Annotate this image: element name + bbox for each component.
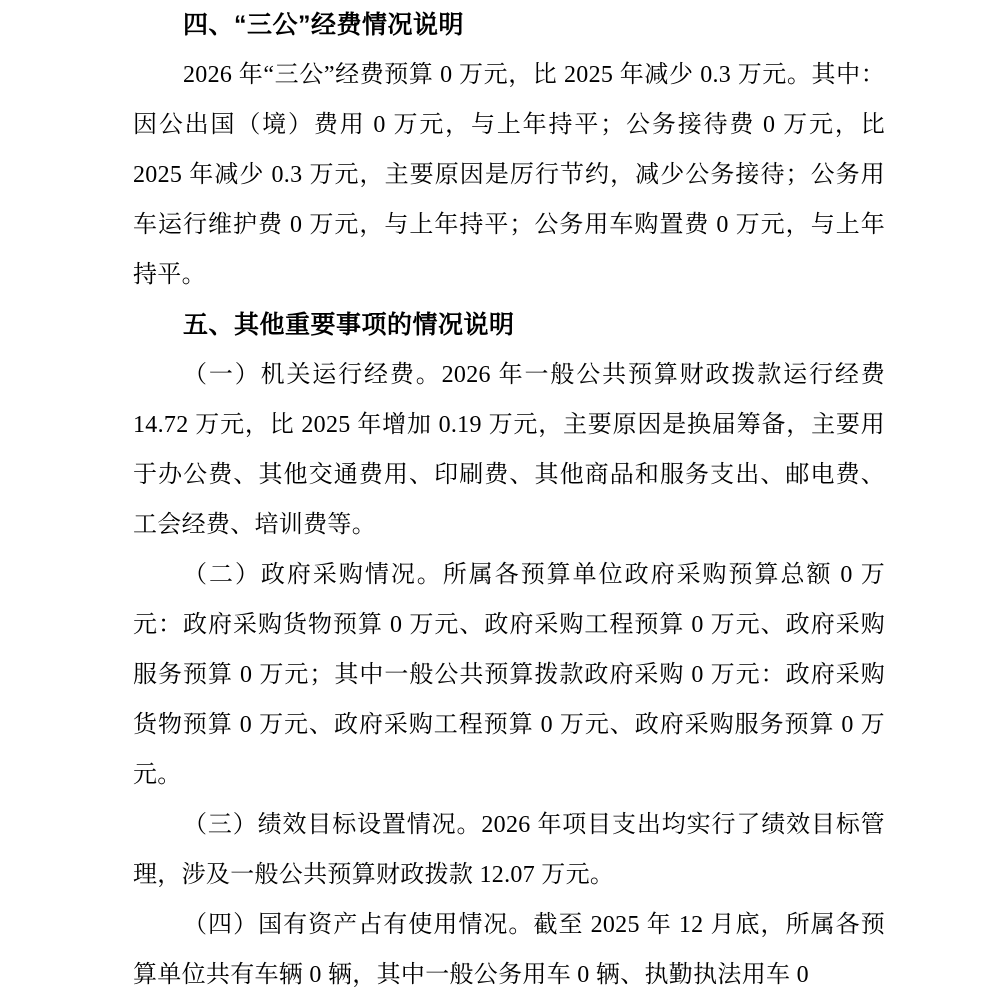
section-heading-three-public-funds: 四、“三公”经费情况说明 bbox=[133, 0, 885, 50]
paragraph-performance-targets: （三）绩效目标设置情况。2026 年项目支出均实行了绩效目标管理，涉及一般公共预… bbox=[133, 800, 885, 900]
paragraph-state-owned-assets: （四）国有资产占有使用情况。截至 2025 年 12 月底，所属各预算单位共有车… bbox=[133, 900, 885, 1000]
paragraph-agency-operating-expenses: （一）机关运行经费。2026 年一般公共预算财政拨款运行经费 14.72 万元，… bbox=[133, 350, 885, 550]
document-page: 四、“三公”经费情况说明 2026 年“三公”经费预算 0 万元，比 2025 … bbox=[0, 0, 1000, 1003]
paragraph-three-public-funds: 2026 年“三公”经费预算 0 万元，比 2025 年减少 0.3 万元。其中… bbox=[133, 50, 885, 300]
paragraph-government-procurement: （二）政府采购情况。所属各预算单位政府采购预算总额 0 万元：政府采购货物预算 … bbox=[133, 550, 885, 800]
section-heading-other-important-matters: 五、其他重要事项的情况说明 bbox=[133, 300, 885, 350]
